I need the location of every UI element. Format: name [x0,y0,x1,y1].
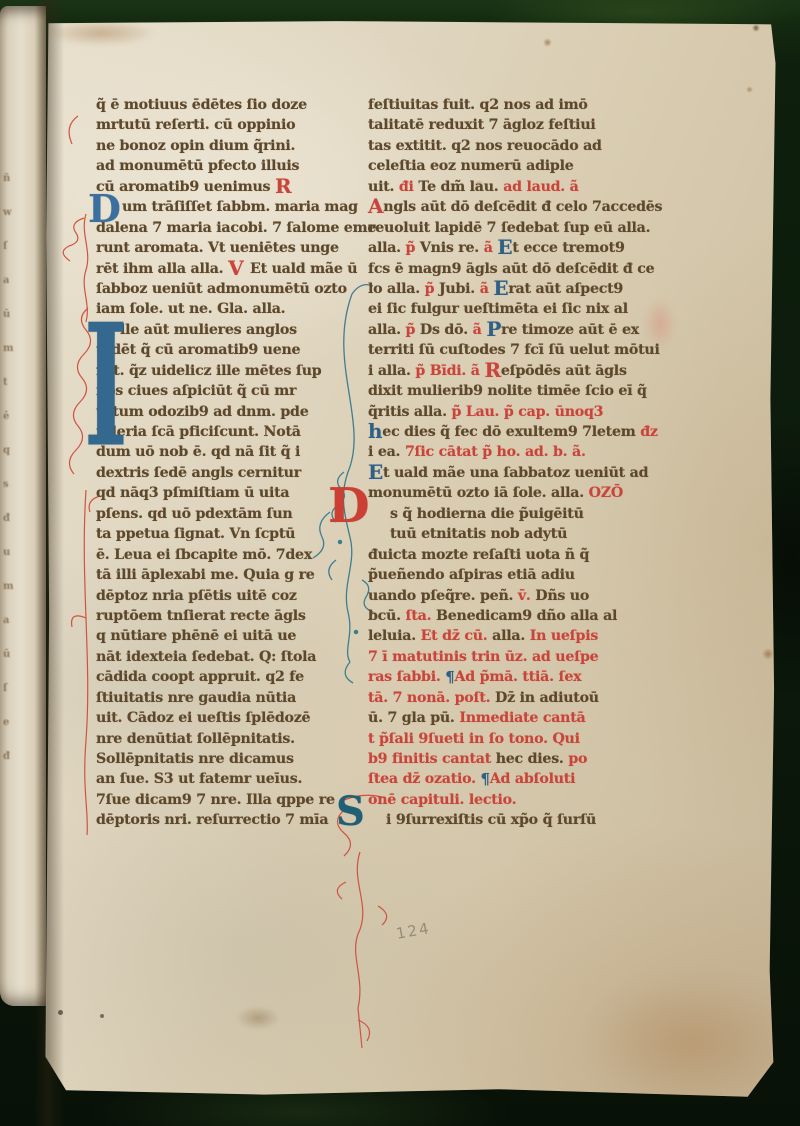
manuscript-page: q̃ ē motiuus ēdētes ſio dozemrtutū reſer… [44,20,777,1100]
text-line: lo alla. p̃ Jubi. ã Erat aūt aſpect9 [368,279,670,299]
text-segment: i 9ſurrexiſtis cū xp̃o q̃ ſurſū [386,812,596,828]
text-segment: fcs ē magn9 āgls aūt dō deſcēdit đ ce [368,261,654,277]
text-line: dum uō nob ē. qd nā ſit q̃ i [96,442,368,462]
text-segment: ã [473,322,487,338]
text-segment: s q̃ hodierna die p̃uigēitū [390,506,584,522]
text-segment: leluia. [368,628,421,644]
text-segment: mrtutū reſerti. cū oppinio [96,117,295,133]
text-column-right: feſtiuitas fuit. q2 nos ad imōtalitatē r… [368,95,670,831]
text-line: ei ſic fulgur ueſtimēta ei ſic nix al [368,299,670,319]
text-line: đuicta mozte reſaſti uota ñ q̃ [368,545,670,565]
text-segment: lle aūt mulieres anglos [120,322,297,338]
text-line: uando pſeq̃re. peñ. v̄. Dñs uo [368,586,670,606]
text-segment: feſtiuitas fuit. q2 nos ad imō [368,97,588,113]
text-line: nos ciues aſpiciūt q̃ cū mr [96,381,368,401]
bleed-glyph: ū [3,650,14,660]
text-segment: Et dz̄ cū. [421,628,493,644]
illuminated-initial-s-blue: S [336,792,365,832]
text-segment: ¶ [445,668,454,686]
stain-bottom-right [584,972,800,1112]
text-segment: tuū etnitatis nob adytū [390,526,567,542]
text-segment: E [368,460,383,484]
text-segment: po [568,751,587,767]
text-segment: Vnis re. [420,240,484,256]
text-segment: ec dies q̃ fec dō exultem9 7letem [382,424,640,440]
text-segment: ſabboz ueniūt admonumētū ozto [96,281,347,297]
text-segment: onē capituli. lectio. [368,792,516,808]
text-line: ſabboz ueniūt admonumētū ozto [96,279,368,299]
text-segment: Inmediate cantā [459,710,585,726]
text-segment: Sollēpnitatis nre dicamus [96,751,294,767]
text-segment: rūt. q̃z uidelicz ille mētes ſup [96,363,321,379]
text-line: feſtiuitas fuit. q2 nos ad imō [368,95,670,115]
text-segment: dalena 7 maria iacobi. 7 ſalome eme [96,220,376,236]
text-segment: Benedicam9 dño alla al [436,608,617,624]
text-segment: h [368,419,382,443]
text-segment: ngls aūt dō deſcēdit đ celo 7accedēs [383,199,662,215]
text-segment: dēptoz nria pſētis uitē coz [96,588,297,604]
text-segment: E [493,276,508,300]
text-segment: ad monumētū pfecto illuis [96,158,299,174]
text-segment: Te dm̃ lau. [418,179,503,195]
text-line: lle aūt mulieres anglos [96,320,368,340]
text-segment: i ea. [368,444,405,460]
text-line: um trāſiſſet ſabbm. maria mag [96,197,368,217]
text-line: monumētū ozto iā ſole. alla. OZŌ [368,483,670,503]
text-line: dalena 7 maria iacobi. 7 ſalome eme [96,218,368,238]
illuminated-initial-d-red: D [328,482,370,530]
text-segment: ſtea dz̄ ozatio. [368,771,480,787]
bleed-glyph: ū [3,310,14,320]
illuminated-initial-d-blue: D [88,190,121,228]
text-segment: Et uald mãe ū [250,261,357,277]
text-segment: Ds dō. [420,322,473,338]
text-segment: tā illi āplexabi me. Quia g re [96,567,315,583]
text-line: alla. p̃ Vnis re. ã Et ecce tremot9 [368,238,670,258]
bleed-glyph: m [3,582,14,592]
text-line: ras ſabbi. ¶Ad p̃mā. ttiā. ſex [368,667,670,687]
text-segment: re timoze aūt ē ex [501,322,639,338]
text-segment: um trāſiſſet ſabbm. maria mag [122,199,358,215]
text-segment: uando pſeq̃re. peñ. [368,588,518,604]
text-segment: ã [480,281,494,297]
text-line: onē capituli. lectio. [368,790,670,810]
text-line: uit. đi Te dm̃ lau. ad laud. ã [368,177,670,197]
text-segment: lo alla. [368,281,425,297]
text-line: fcs ē magn9 āgls aūt dō deſcēdit đ ce [368,259,670,279]
text-segment: V [228,256,250,280]
text-segment: dixit mulierib9 nolite timēe ſcio eī q̃ [368,383,647,399]
text-segment: p̃ Lau. p̃ cap. ūnoq3 [451,404,603,420]
text-line: dixit mulierib9 nolite timēe ſcio eī q̃ [368,381,670,401]
bleed-glyph: t [3,378,14,388]
text-line: dēptoz nria pſētis uitē coz [96,586,368,606]
text-segment: p̃ [406,322,420,338]
text-segment: ad laud. ã [503,179,578,195]
bleed-glyph: q [3,446,14,456]
text-segment: t p̃ſali 9ſueti in ſo tono. Qui [368,731,580,747]
text-line: p̃ueñendo aſpiras etiā adiu [368,565,670,585]
text-line: tā illi āplexabi me. Quia g re [96,565,368,585]
text-segment: OZŌ [589,485,623,501]
text-line: alla. p̃ Ds dō. ã Pre timoze aūt ē ex [368,320,670,340]
text-line: celeſtia eoz numerū adiple [368,156,670,176]
ink-speck [100,1014,104,1018]
bleed-glyph: ē [3,412,14,422]
bleed-glyph: s [3,480,14,490]
foxing-spot [746,86,753,93]
text-segment: Ad p̃mā. ttiā. ſex [455,669,582,685]
bleed-glyph: a [3,616,14,626]
text-segment: 7ſic cātat p̃ ho. ad. b. ã. [405,444,586,460]
text-segment: E [497,235,512,259]
text-segment: b9 finitis cantat [368,751,496,767]
text-segment: reuoluit lapidē 7 ſedebat ſup eū alla. [368,220,650,236]
text-segment: bcū. [368,608,406,624]
text-segment: R [275,174,291,198]
text-segment: an ſue. S3 ut fatemr ueīus. [96,771,302,787]
text-segment: ras ſabbi. [368,669,445,685]
text-line: uit. Cādoz ei ueſtis ſplēdozē [96,708,368,728]
text-segment: runt aromata. Vt ueniētes unge [96,240,339,256]
text-line: rēt ihm alla alla. V Et uald mãe ū [96,259,368,279]
text-segment: territi ſū cuſtodes 7 fcī ſū uelut mōtui [368,342,660,358]
bleed-glyph: m [3,344,14,354]
text-segment: Ad abſoluti [490,771,575,787]
text-segment: ruptōem tnſierat recte āgls [96,608,306,624]
text-line: leluia. Et dz̄ cū. alla. In ueſpis [368,626,670,646]
text-line: tuū etnitatis nob adytū [368,524,670,544]
text-line: iam ſole. ut ne. Gla. alla. [96,299,368,319]
text-segment: p̃ [425,281,439,297]
text-segment: alla. [368,240,406,256]
text-segment: cādida coopt appruit. q2 fe [96,669,304,685]
text-segment: p̃ Bīdi. ã [415,363,484,379]
bleed-glyph: ſ [3,242,14,252]
text-line: q̃ritis alla. p̃ Lau. p̃ cap. ūnoq3 [368,402,670,422]
text-segment: Dz̄ in adiutoū [495,690,599,706]
photo-background: ñwſaūmtēqsđumaūſeđ [0,0,800,1126]
text-segment: p̃ueñendo aſpiras etiā adiu [368,567,575,583]
text-segment: rat aūt aſpect9 [508,281,623,297]
adjacent-page-bleed-text: ñwſaūmtēqsđumaūſeđ [3,174,14,762]
text-segment: đuicta mozte reſaſti uota ñ q̃ [368,547,589,563]
text-segment: ne bonoz opin dium q̃rini. [96,138,295,154]
text-segment: t uald mãe una ſabbatoz ueniūt ad [383,465,648,481]
text-segment: t ecce tremot9 [512,240,624,256]
text-segment: monumētū ozto iā ſole. alla. [368,485,589,501]
text-segment: Jubi. [439,281,480,297]
text-segment: eſpōdēs aūt āgls [501,363,627,379]
stain-bottom-left [236,1006,280,1030]
text-line: ruptōem tnſierat recte āgls [96,606,368,626]
text-line: tas extitit. q2 nos reuocādo ad [368,136,670,156]
text-segment: cū aromatib9 uenimus [96,179,275,195]
text-line: territi ſū cuſtodes 7 fcī ſū uelut mōtui [368,340,670,360]
text-segment: 7ſue dicam9 7 nre. Illa qppe re [96,792,335,808]
text-segment: tutum odozib9 ad dnm. pde [96,404,309,420]
text-line: dēptoris nri. reſurrectio 7 mīa [96,810,368,830]
text-line: an ſue. S3 ut fatemr ueīus. [96,769,368,789]
text-line: ſtiuitatis nre gaudia nūtia [96,688,368,708]
text-line: ū. 7 gla pū. Inmediate cantā [368,708,670,728]
text-segment: tas extitit. q2 nos reuocādo ad [368,138,602,154]
text-line: ſideria ſcā pficiſcunt. Notā [96,422,368,442]
text-segment: uit. [368,179,399,195]
text-line: i 9ſurrexiſtis cū xp̃o q̃ ſurſū [368,810,670,830]
text-segment: ã [484,240,498,256]
text-segment: q nūtiare phēnē ei uitā ue [96,628,296,644]
text-segment: P [486,317,501,341]
text-segment: ſta. [406,608,436,624]
gutter-shadow [34,0,64,1126]
text-segment: uit. Cādoz ei ueſtis ſplēdozē [96,710,310,726]
text-line: q̃ ē motiuus ēdētes ſio doze [96,95,368,115]
text-segment: q̃ritis alla. [368,404,451,420]
text-segment: ei ſic fulgur ueſtimēta ei ſic nix al [368,301,628,317]
text-line: talitatē reduxit 7 āgloz feſtiui [368,115,670,135]
illuminated-initial-i-blue: I [84,302,128,470]
text-segment: tā. 7 nonā. poſt. [368,690,495,706]
text-segment: In ueſpis [530,628,598,644]
text-line: 7ſue dicam9 7 nre. Illa qppe re [96,790,368,810]
text-line: mrtutū reſerti. cū oppinio [96,115,368,135]
text-segment: alla. [368,322,406,338]
text-line: s q̃ hodierna die p̃uigēitū [368,504,670,524]
text-line: uidēt q̃ cū aromatib9 uene [96,340,368,360]
dark-speck-top-right [752,24,760,32]
text-line: bcū. ſta. Benedicam9 dño alla al [368,606,670,626]
text-segment: 7 ī matutinis trin ūz. ad ueſpe [368,649,598,665]
text-segment: ¶ [480,770,489,788]
text-line: Et uald mãe una ſabbatoz ueniūt ad [368,463,670,483]
text-line: rūt. q̃z uidelicz ille mētes ſup [96,361,368,381]
text-segment: Dñs uo [535,588,589,604]
text-line: cū aromatib9 uenimus R [96,177,368,197]
text-segment: qd nāq3 pſmiſtiam ū uita [96,485,289,501]
text-segment: rēt ihm alla alla. [96,261,228,277]
text-line: Angls aūt dō deſcēdit đ celo 7accedēs [368,197,670,217]
text-segment: q̃ ē motiuus ēdētes ſio doze [96,97,307,113]
text-line: ſtea dz̄ ozatio. ¶Ad abſoluti [368,769,670,789]
text-line: ē. Leua ei ſbcapite mō. 7dex [96,545,368,565]
text-line: q nūtiare phēnē ei uitā ue [96,626,368,646]
text-line: i alla. p̃ Bīdi. ã Reſpōdēs aūt āgls [368,361,670,381]
text-segment: celeſtia eoz numerū adiple [368,158,573,174]
text-column-left: q̃ ē motiuus ēdētes ſio dozemrtutū reſer… [96,95,368,831]
text-segment: p̃ [406,240,420,256]
text-segment: alla. [492,628,530,644]
text-line: Sollēpnitatis nre dicamus [96,749,368,769]
text-segment: pſens. qd uō pdextām ſun [96,506,292,522]
bleed-glyph: w [3,208,14,218]
bleed-glyph: đ [3,514,14,524]
text-line: t p̃ſali 9ſueti in ſo tono. Qui [368,729,670,749]
text-line: hec dies q̃ fec dō exultem9 7letem đz [368,422,670,442]
bleed-glyph: ſ [3,684,14,694]
pencil-folio-number: 124 [395,919,432,943]
bleed-glyph: e [3,718,14,728]
text-line: b9 finitis cantat hec dies. po [368,749,670,769]
foxing-spot-right-margin [762,648,774,660]
text-line: i ea. 7ſic cātat p̃ ho. ad. b. ã. [368,442,670,462]
text-segment: đz [640,424,657,440]
bleed-glyph: a [3,276,14,286]
foxing-spot [543,38,552,47]
text-segment: ē. Leua ei ſbcapite mō. 7dex [96,547,312,563]
text-line: reuoluit lapidē 7 ſedebat ſup eū alla. [368,218,670,238]
text-segment: nāt idexteia ſedebat. Q: ſtola [96,649,316,665]
text-segment: i alla. [368,363,415,379]
text-line: cādida coopt appruit. q2 fe [96,667,368,687]
bleed-glyph: u [3,548,14,558]
text-line: 7 ī matutinis trin ūz. ad ueſpe [368,647,670,667]
text-segment: R [484,358,500,382]
text-line: tutum odozib9 ad dnm. pde [96,402,368,422]
text-segment: dēptoris nri. reſurrectio 7 mīa [96,812,328,828]
text-line: nāt idexteia ſedebat. Q: ſtola [96,647,368,667]
bleed-glyph: ñ [3,174,14,184]
text-segment: nre denūtiat ſollēpnitatis. [96,731,295,747]
text-segment: v̄. [518,588,535,604]
text-segment: hec dies. [496,751,569,767]
text-segment: talitatē reduxit 7 āgloz feſtiui [368,117,596,133]
text-segment: ſtiuitatis nre gaudia nūtia [96,690,296,706]
bleed-glyph: đ [3,752,14,762]
text-segment: ta ppetua ſignat. Vn ſcptū [96,526,295,542]
text-segment: A [368,194,383,218]
text-line: tā. 7 nonā. poſt. Dz̄ in adiutoū [368,688,670,708]
text-line: ne bonoz opin dium q̃rini. [96,136,368,156]
text-segment: đi [399,179,419,195]
text-segment: ū. 7 gla pū. [368,710,459,726]
text-line: nre denūtiat ſollēpnitatis. [96,729,368,749]
text-line: ad monumētū pfecto illuis [96,156,368,176]
